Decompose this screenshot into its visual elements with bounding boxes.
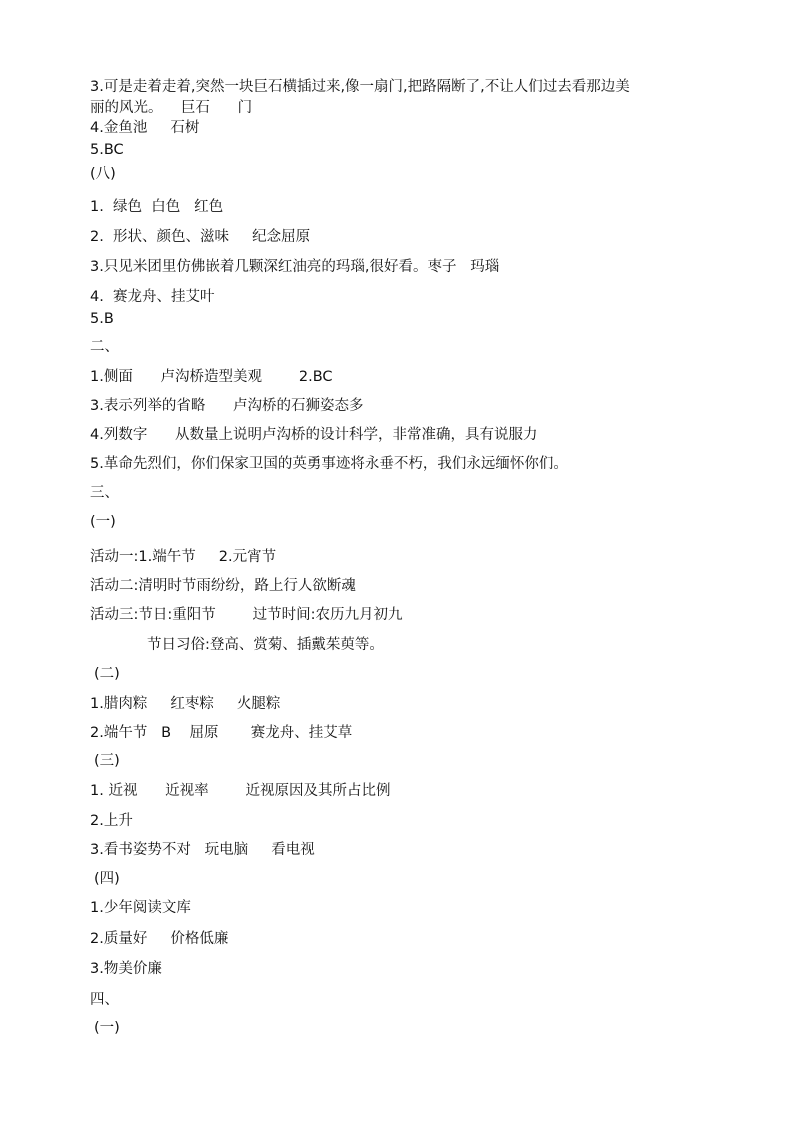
text-line: 2.质量好 价格低廉 [90,930,228,948]
text-line: (一) [94,1019,120,1037]
text-line: 3.物美价廉 [90,960,162,978]
text-line: 2. 形状、颜色、滋味 纪念屈原 [90,228,310,246]
text-line: 活动三:节日:重阳节 过节时间:农历九月初九 [90,606,403,624]
text-line: 5.B [90,310,114,328]
text-line: (八) [90,165,116,183]
text-line: 3.看书姿势不对 玩电脑 看电视 [90,841,315,859]
text-line: 3.可是走着走着,突然一块巨石横插过来,像一扇门,把路隔断了,不让人们过去看那边… [90,78,630,96]
text-line: 二、 [90,338,119,356]
text-line: (四) [94,870,120,888]
text-line: (三) [94,752,120,770]
text-line: 2.端午节 B 屈原 赛龙舟、挂艾草 [90,724,352,742]
text-line: 1.少年阅读文库 [90,899,191,917]
text-line: 3.表示列举的省略 卢沟桥的石狮姿态多 [90,397,364,415]
text-line: 三、 [90,484,119,502]
text-line: 节日习俗:登高、赏菊、插戴茱萸等。 [147,636,384,654]
text-line: 2.上升 [90,812,133,830]
text-line: 3.只见米团里仿佛嵌着几颗深红油亮的玛瑙,很好看。枣子 玛瑙 [90,258,499,276]
text-line: (二) [94,665,120,683]
text-line: 4.金鱼池 石树 [90,119,199,137]
text-line: 1.侧面 卢沟桥造型美观 2.BC [90,368,333,386]
text-line: 活动一:1.端午节 2.元宵节 [90,548,276,566]
text-line: 5.革命先烈们，你们保家卫国的英勇事迹将永垂不朽，我们永远缅怀你们。 [90,455,568,473]
text-line: 1.腊肉粽 红枣粽 火腿粽 [90,695,280,713]
text-line: (一) [90,513,116,531]
text-line: 四、 [90,991,119,1009]
text-line: 活动二:清明时节雨纷纷，路上行人欲断魂 [90,577,356,595]
text-line: 4.列数字 从数量上说明卢沟桥的设计科学，非常准确，具有说服力 [90,426,538,444]
text-line: 1. 绿色 白色 红色 [90,198,223,216]
text-line: 1. 近视 近视率 近视原因及其所占比例 [90,782,390,800]
text-line: 丽的风光。 巨石 门 [90,99,252,117]
text-line: 5.BC [90,141,124,159]
text-line: 4. 赛龙舟、挂艾叶 [90,288,215,306]
